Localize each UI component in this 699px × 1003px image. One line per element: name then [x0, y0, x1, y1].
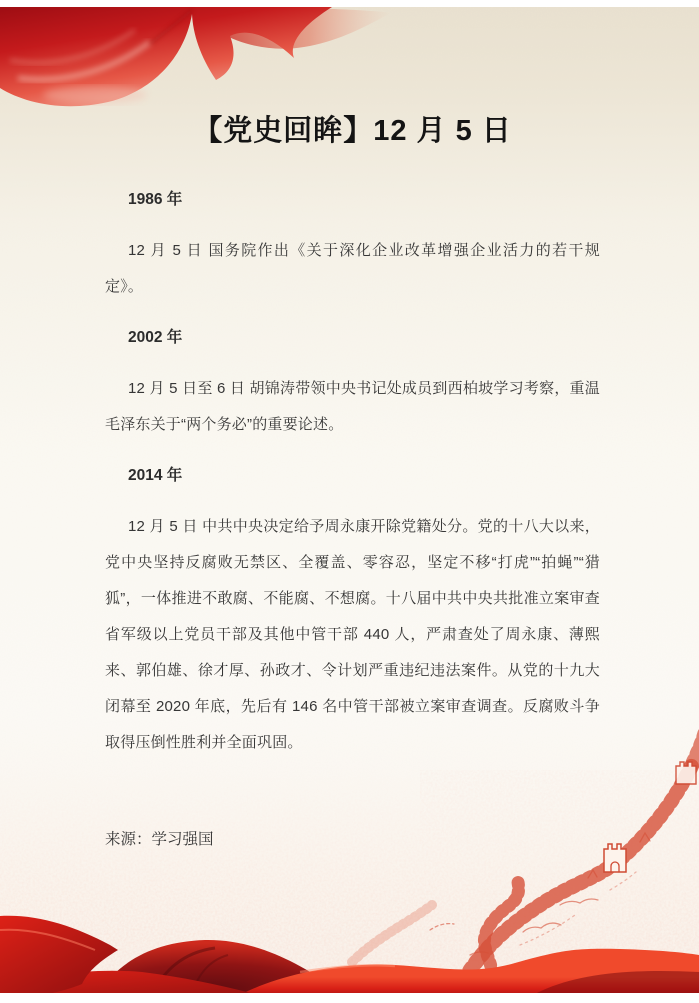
document-page: 【党史回眸】12 月 5 日 1986 年12 月 5 日 国务院作出《关于深化… [0, 0, 699, 1003]
event-paragraph: 12 月 5 日 国务院作出《关于深化企业改革增强企业活力的若干规定》。 [105, 233, 600, 305]
year-heading: 2014 年 [128, 458, 600, 494]
source-line: 来源：学习强国 [105, 822, 600, 858]
year-heading: 1986 年 [128, 182, 600, 218]
page-title: 【党史回眸】12 月 5 日 [105, 111, 600, 151]
history-sections: 1986 年12 月 5 日 国务院作出《关于深化企业改革增强企业活力的若干规定… [105, 182, 600, 761]
year-heading: 2002 年 [128, 320, 600, 356]
event-paragraph: 12 月 5 日至 6 日 胡锦涛带领中央书记处成员到西柏坡学习考察，重温毛泽东… [105, 371, 600, 443]
year-section: 1986 年12 月 5 日 国务院作出《关于深化企业改革增强企业活力的若干规定… [105, 182, 600, 305]
year-section: 2014 年12 月 5 日 中共中央决定给予周永康开除党籍处分。党的十八大以来… [105, 458, 600, 761]
article-body: 【党史回眸】12 月 5 日 1986 年12 月 5 日 国务院作出《关于深化… [0, 0, 699, 858]
year-section: 2002 年12 月 5 日至 6 日 胡锦涛带领中央书记处成员到西柏坡学习考察… [105, 320, 600, 443]
event-paragraph: 12 月 5 日 中共中央决定给予周永康开除党籍处分。党的十八大以来，党中央坚持… [105, 509, 600, 761]
